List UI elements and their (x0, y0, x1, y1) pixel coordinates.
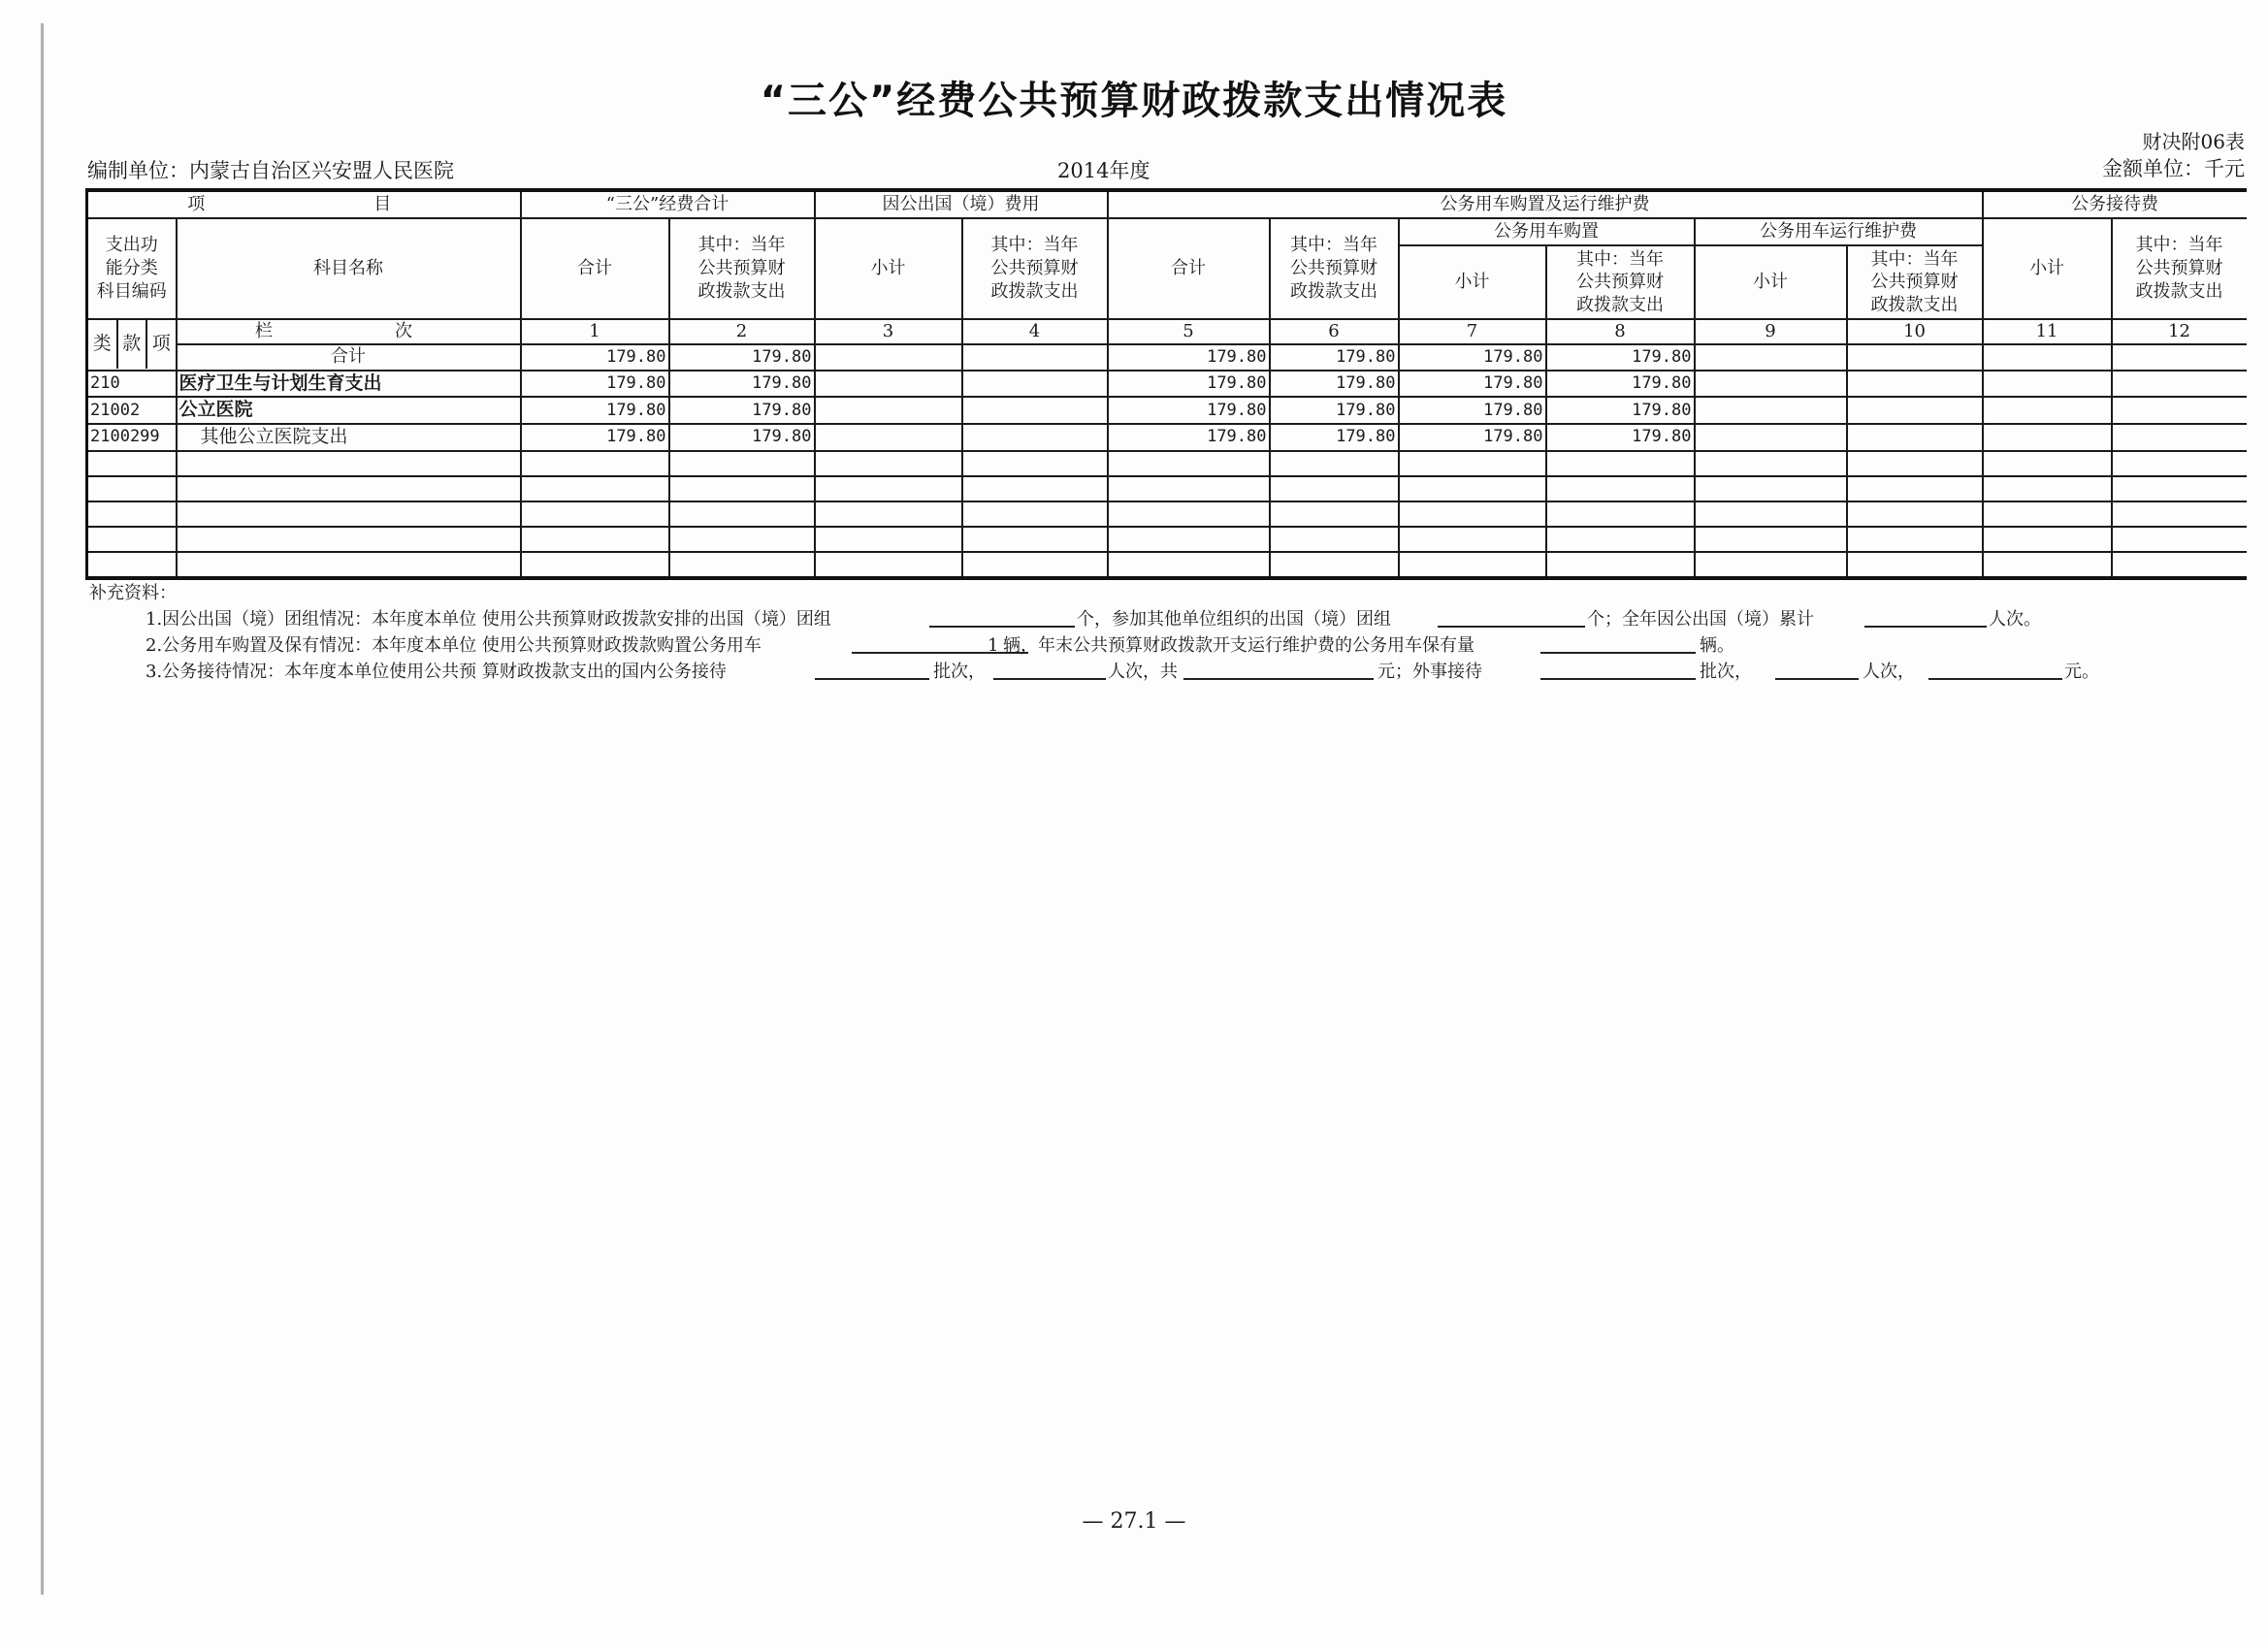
row-value (815, 371, 962, 398)
row-code: 210 (87, 371, 177, 398)
row-value (962, 371, 1108, 398)
empty-cell (1847, 451, 1983, 476)
empty-cell (1695, 451, 1847, 476)
summary-cell: 179.80 (1546, 344, 1695, 370)
note-vehicles: 2.公务用车购置及保有情况：本年度本单位 使用公共预算财政拨款购置公务用车 1 … (89, 632, 177, 659)
empty-cell (1108, 527, 1270, 552)
column-number: 4 (962, 319, 1108, 344)
empty-cell (177, 476, 521, 501)
header-col2: 其中：当年公共预算财政拨款支出 (669, 218, 815, 319)
empty-row (87, 552, 2247, 578)
empty-cell (1270, 552, 1399, 578)
row-value (1983, 397, 2112, 424)
empty-cell (177, 451, 521, 476)
column-number: 12 (2112, 319, 2247, 344)
row-value: 179.80 (521, 424, 669, 451)
empty-cell (1983, 552, 2112, 578)
empty-cell (1108, 501, 1270, 527)
empty-cell (2112, 451, 2247, 476)
row-value (962, 424, 1108, 451)
empty-cell (1399, 552, 1546, 578)
fiscal-year: 2014年度 (1057, 155, 1150, 184)
column-number: 3 (815, 319, 962, 344)
row-value (815, 424, 962, 451)
empty-cell (1695, 552, 1847, 578)
header-abroad: 因公出国（境）费用 (815, 190, 1108, 218)
row-value: 179.80 (669, 424, 815, 451)
row-value (1983, 424, 2112, 451)
table-row: 21002公立医院179.80179.80179.80179.80179.801… (87, 397, 2247, 424)
empty-cell (669, 527, 815, 552)
row-value (1695, 424, 1847, 451)
summary-cell: 179.80 (1108, 344, 1270, 370)
column-number: 10 (1847, 319, 1983, 344)
column-number: 11 (1983, 319, 2112, 344)
empty-cell (1399, 527, 1546, 552)
empty-cell (1270, 476, 1399, 501)
form-number: 财决附06表 (2143, 126, 2245, 154)
blank-foreign-persons (1775, 659, 1859, 680)
blank-domestic-batches (815, 659, 929, 680)
empty-row (87, 476, 2247, 501)
row-value: 179.80 (669, 397, 815, 424)
summary-cell: 179.80 (521, 344, 669, 370)
row-value: 179.80 (1546, 371, 1695, 398)
page-title: “三公”经费公共预算财政拨款支出情况表 (0, 70, 2268, 125)
row-name: 其他公立医院支出 (177, 424, 521, 451)
row-value: 179.80 (669, 371, 815, 398)
empty-cell (1983, 501, 2112, 527)
empty-cell (521, 501, 669, 527)
table-row: 210医疗卫生与计划生育支出179.80179.80179.80179.8017… (87, 371, 2247, 398)
empty-cell (87, 451, 177, 476)
empty-cell (1546, 527, 1695, 552)
blank-person-times (1864, 606, 1987, 628)
summary-name: 合计 (177, 344, 521, 370)
row-value: 179.80 (1270, 397, 1399, 424)
empty-cell (669, 552, 815, 578)
note-abroad: 1.因公出国（境）团组情况：本年度本单位 使用公共预算财政拨款安排的出国（境）团… (89, 606, 177, 632)
empty-cell (815, 451, 962, 476)
scan-edge-line (41, 23, 44, 1595)
empty-cell (962, 552, 1108, 578)
blank-groups-other (1438, 606, 1585, 628)
row-value (2112, 424, 2247, 451)
header-col12: 其中：当年公共预算财政拨款支出 (2112, 218, 2247, 319)
empty-cell (962, 501, 1108, 527)
row-value (962, 397, 1108, 424)
empty-cell (1847, 527, 1983, 552)
empty-row (87, 527, 2247, 552)
column-number: 2 (669, 319, 815, 344)
header-code: 支出功能分类科目编码 (87, 218, 177, 319)
header-col8: 其中：当年公共预算财政拨款支出 (1546, 245, 1695, 319)
empty-cell (2112, 552, 2247, 578)
header-vehicle-maintenance: 公务用车运行维护费 (1695, 218, 1983, 245)
empty-cell (669, 501, 815, 527)
empty-cell (87, 527, 177, 552)
empty-cell (669, 476, 815, 501)
empty-cell (1546, 501, 1695, 527)
column-number: 7 (1399, 319, 1546, 344)
empty-cell (1847, 501, 1983, 527)
empty-cell (177, 552, 521, 578)
empty-cell (669, 451, 815, 476)
summary-cell (1695, 344, 1847, 370)
row-name: 医疗卫生与计划生育支出 (177, 371, 521, 398)
row-value: 179.80 (521, 371, 669, 398)
summary-cell (962, 344, 1108, 370)
header-col9: 小计 (1695, 245, 1847, 319)
empty-cell (962, 527, 1108, 552)
row-code: 2100299 (87, 424, 177, 451)
empty-cell (1270, 527, 1399, 552)
row-value: 179.80 (521, 397, 669, 424)
empty-cell (521, 552, 669, 578)
header-reception: 公务接待费 (1983, 190, 2247, 218)
summary-cell: 179.80 (1270, 344, 1399, 370)
amount-unit: 金额单位：千元 (2102, 153, 2245, 182)
page-number: — 27.1 — (0, 1509, 2268, 1534)
summary-cell: 179.80 (669, 344, 815, 370)
empty-row (87, 451, 2247, 476)
column-index-label: 栏 次 (177, 319, 521, 344)
row-value: 179.80 (1108, 397, 1270, 424)
header-vehicle-total: 公务用车购置及运行维护费 (1108, 190, 1983, 218)
empty-cell (521, 476, 669, 501)
row-value (1847, 424, 1983, 451)
expenditure-table: 项 目 “三公”经费合计 因公出国（境）费用 公务用车购置及运行维护费 公务接待… (85, 188, 2247, 580)
empty-cell (1983, 527, 2112, 552)
column-number: 9 (1695, 319, 1847, 344)
empty-cell (87, 552, 177, 578)
header-sangong-total: “三公”经费合计 (521, 190, 815, 218)
table-row: 2100299其他公立医院支出179.80179.80179.80179.801… (87, 424, 2247, 451)
empty-cell (2112, 527, 2247, 552)
header-col6: 其中：当年公共预算财政拨款支出 (1270, 218, 1399, 319)
empty-cell (1546, 476, 1695, 501)
empty-cell (1847, 552, 1983, 578)
empty-cell (1546, 552, 1695, 578)
empty-cell (1983, 451, 2112, 476)
row-value: 179.80 (1108, 424, 1270, 451)
empty-cell (1695, 501, 1847, 527)
empty-cell (1399, 476, 1546, 501)
empty-cell (815, 501, 962, 527)
blank-vehicles-held (1540, 632, 1696, 654)
summary-cell (815, 344, 962, 370)
summary-cell: 179.80 (1399, 344, 1546, 370)
empty-cell (1270, 501, 1399, 527)
empty-cell (87, 476, 177, 501)
header-col1: 合计 (521, 218, 669, 319)
empty-cell (1270, 451, 1399, 476)
empty-row (87, 501, 2247, 527)
empty-cell (2112, 476, 2247, 501)
column-number: 6 (1270, 319, 1399, 344)
empty-cell (962, 476, 1108, 501)
empty-cell (962, 451, 1108, 476)
blank-groups-own (929, 606, 1075, 628)
row-name: 公立医院 (177, 397, 521, 424)
row-value (1695, 397, 1847, 424)
header-col7: 小计 (1399, 245, 1546, 319)
row-value (2112, 397, 2247, 424)
header-col3: 小计 (815, 218, 962, 319)
summary-cell (1847, 344, 1983, 370)
row-value: 179.80 (1399, 397, 1546, 424)
header-col5: 合计 (1108, 218, 1270, 319)
column-number: 5 (1108, 319, 1270, 344)
empty-cell (1983, 476, 2112, 501)
empty-cell (1108, 451, 1270, 476)
empty-cell (521, 451, 669, 476)
summary-cell (2112, 344, 2247, 370)
row-value: 179.80 (1270, 424, 1399, 451)
row-value (2112, 371, 2247, 398)
note-reception: 3.公务接待情况：本年度本单位使用公共预 算财政拨款支出的国内公务接待 批次， … (89, 659, 177, 685)
empty-cell (87, 501, 177, 527)
empty-cell (1695, 527, 1847, 552)
row-value: 179.80 (1399, 424, 1546, 451)
row-value (815, 397, 962, 424)
empty-cell (177, 527, 521, 552)
row-value: 179.80 (1399, 371, 1546, 398)
empty-cell (1399, 501, 1546, 527)
row-value: 179.80 (1270, 371, 1399, 398)
header-vehicle-purchase: 公务用车购置 (1399, 218, 1695, 245)
blank-foreign-amount (1928, 659, 2062, 680)
header-item: 项 目 (87, 190, 521, 218)
blank-domestic-amount (1183, 659, 1374, 680)
header-col11: 小计 (1983, 218, 2112, 319)
class-labels: 类款项 (87, 319, 177, 371)
row-value (1847, 397, 1983, 424)
empty-cell (1546, 451, 1695, 476)
empty-cell (2112, 501, 2247, 527)
column-number: 8 (1546, 319, 1695, 344)
row-value (1695, 371, 1847, 398)
row-value: 179.80 (1546, 397, 1695, 424)
empty-cell (1847, 476, 1983, 501)
empty-cell (1399, 451, 1546, 476)
row-value: 179.80 (1546, 424, 1695, 451)
header-subject-name: 科目名称 (177, 218, 521, 319)
row-value (1983, 371, 2112, 398)
row-code: 21002 (87, 397, 177, 424)
header-col4: 其中：当年公共预算财政拨款支出 (962, 218, 1108, 319)
blank-domestic-persons (993, 659, 1106, 680)
empty-cell (177, 501, 521, 527)
blank-foreign-batches (1540, 659, 1696, 680)
summary-cell (1983, 344, 2112, 370)
empty-cell (815, 527, 962, 552)
empty-cell (815, 476, 962, 501)
row-value: 179.80 (1108, 371, 1270, 398)
blank-vehicles-purchased (852, 632, 1028, 654)
row-value (1847, 371, 1983, 398)
column-number: 1 (521, 319, 669, 344)
compiling-unit: 编制单位：内蒙古自治区兴安盟人民医院 (87, 155, 454, 184)
header-col10: 其中：当年公共预算财政拨款支出 (1847, 245, 1983, 319)
empty-cell (1108, 476, 1270, 501)
empty-cell (815, 552, 962, 578)
empty-cell (1108, 552, 1270, 578)
notes-label: 补充资料： (89, 580, 177, 606)
empty-cell (521, 527, 669, 552)
supplementary-notes: 补充资料： 1.因公出国（境）团组情况：本年度本单位 使用公共预算财政拨款安排的… (89, 580, 177, 685)
empty-cell (1695, 476, 1847, 501)
